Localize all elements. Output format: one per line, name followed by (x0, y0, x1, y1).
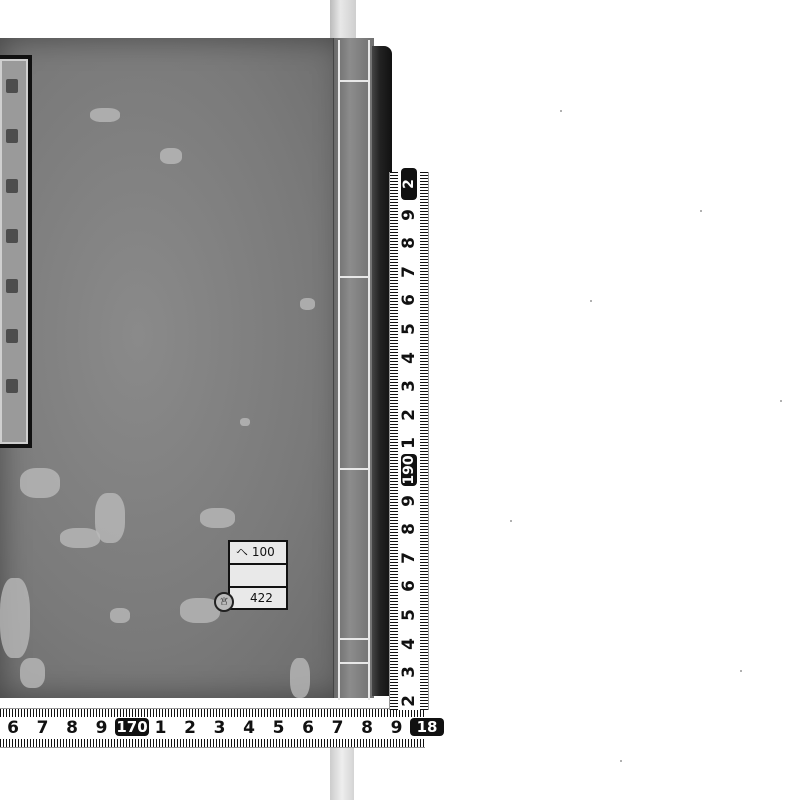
ruler-h-label: 9 (92, 718, 112, 738)
ruler-v-label: 2 (401, 168, 417, 200)
ruler-h-label: 3 (210, 718, 230, 738)
ruler-v-label: 1 (399, 434, 419, 452)
ruler-h-label: 2 (180, 718, 200, 738)
ruler-h-label: 7 (328, 718, 348, 738)
ruler-h-label: 6 (3, 718, 23, 738)
library-label: ヘ 100 422 (228, 540, 288, 610)
ruler-v-label: 8 (399, 520, 419, 538)
ruler-h-label: 5 (269, 718, 289, 738)
ruler-v-label: 5 (399, 606, 419, 624)
ruler-v-label: 2 (399, 692, 419, 710)
ruler-h-label: 7 (33, 718, 53, 738)
ruler-v-label: 7 (399, 549, 419, 567)
ruler-h-label: 4 (239, 718, 259, 738)
ruler-v-label: 3 (399, 663, 419, 681)
binding-tab-top (330, 0, 356, 42)
ruler-h-label: 8 (357, 718, 377, 738)
label-stamp: 宮 (214, 592, 234, 612)
ruler-v-label: 8 (399, 234, 419, 252)
label-row-3: 422 (230, 588, 286, 609)
label-row-2 (230, 565, 286, 588)
ruler-v-label: 190 (401, 454, 417, 486)
book-cover (0, 38, 345, 698)
ruler-h-label: 6 (298, 718, 318, 738)
binding-tab-bottom (330, 748, 354, 800)
horizontal-ruler: 678917012345678918 (0, 708, 425, 748)
title-slip (0, 55, 32, 448)
ruler-v-label: 6 (399, 577, 419, 595)
ruler-v-label: 7 (399, 263, 419, 281)
ruler-v-label: 9 (399, 206, 419, 224)
ruler-h-label: 9 (387, 718, 407, 738)
ruler-v-label: 9 (399, 492, 419, 510)
ruler-v-label: 5 (399, 320, 419, 338)
ruler-h-label: 170 (115, 718, 149, 736)
ruler-h-label: 8 (62, 718, 82, 738)
vertical-ruler: 298765432119098765432 (389, 172, 429, 710)
label-row-1: ヘ 100 (230, 542, 286, 565)
ruler-v-label: 4 (399, 349, 419, 367)
ruler-h-label: 18 (410, 718, 444, 736)
ruler-v-label: 6 (399, 291, 419, 309)
ruler-v-label: 2 (399, 406, 419, 424)
ruler-v-label: 3 (399, 377, 419, 395)
ruler-h-label: 1 (151, 718, 171, 738)
ruler-v-label: 4 (399, 635, 419, 653)
